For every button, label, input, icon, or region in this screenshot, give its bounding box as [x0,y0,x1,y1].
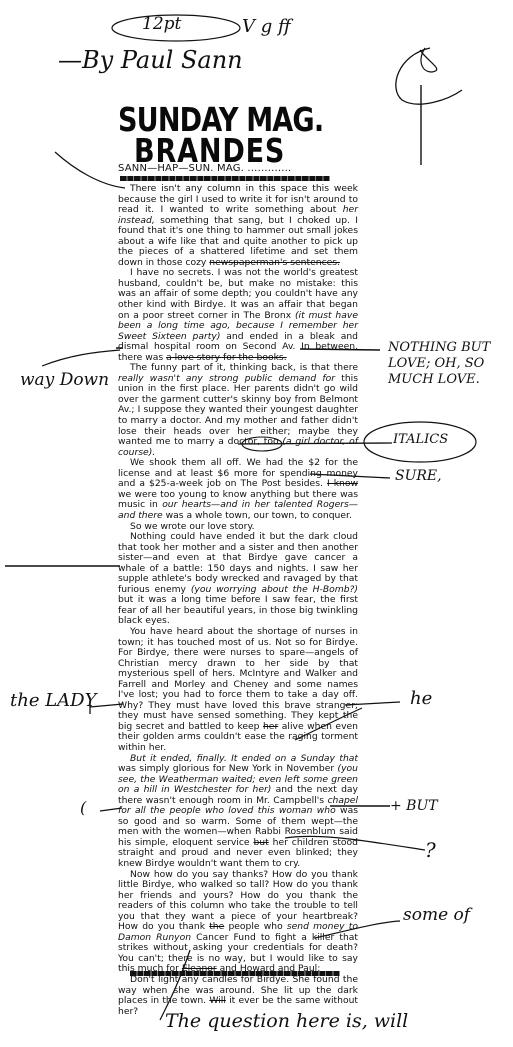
annotation-nothing-but-love: NOTHING BUT LOVE; OH, SO MUCH LOVE. [388,340,490,388]
body-text: was simply glorious for New York in Nove… [118,763,338,774]
article-paragraph: There isn't any column in this space thi… [118,184,358,268]
body-text: was a whole town, our town, to conquer. [163,510,352,521]
article-paragraph: Nothing could have ended it but the dark… [118,532,358,627]
annotation-12pt: 12pt [142,14,181,34]
annotation-but: + BUT [390,798,438,814]
body-text: We shook them all off. We had the $2 for… [118,457,358,489]
annotation-line: NOTHING BUT [388,340,490,356]
struck-text: the [209,921,224,932]
body-text: but it was a long time before I saw fear… [118,594,358,626]
top-rule [120,176,330,181]
struck-text: I know [327,478,358,489]
annotation-way-down: way Down [20,370,109,390]
struck-text: newspaperman's sentences. [209,257,340,268]
article-paragraph: But it ended, finally. It ended on a Sun… [118,754,358,870]
body-text: There isn't any column in this space thi… [118,183,358,215]
article-slug: SANN—HAP—SUN. MAG. ............. [118,163,291,174]
annotation-line: MUCH LOVE. [388,372,490,388]
article-paragraph: The funny part of it, thinking back, is … [118,363,358,458]
struck-text: but [253,837,268,848]
article-paragraph: We shook them all off. We had the $2 for… [118,458,358,521]
italic-text: But it ended, finally. It ended on a Sun… [130,753,358,764]
annotation-question-mark: ? [425,838,436,862]
article-paragraph: Don't light any candles for Birdye. She … [118,975,358,1017]
article-paragraph: You have heard about the shortage of nur… [118,627,358,754]
annotation-sure: SURE, [395,468,442,484]
annotation-italics: ITALICS [393,432,448,447]
annotation-byline: —By Paul Sann [58,46,243,74]
article-column: There isn't any column in this space thi… [118,184,358,1017]
struck-text: Will [209,995,226,1006]
body-text: The funny part of it, thinking back, is … [130,362,358,373]
struck-text: her [263,721,278,732]
body-text: So we wrote our love story. [130,521,255,532]
annotation-left-paren: ( [80,798,86,817]
annotation-line: LOVE; OH, SO [388,356,490,372]
annotation-he: he [410,688,432,709]
body-text: people who [224,921,287,932]
italic-text: (you worrying about the H-Bomb?) [191,584,358,595]
struck-text: a love story for the books. [166,352,287,363]
bottom-rule [130,971,340,976]
article-paragraph: Now how do you say thanks? How do you th… [118,870,358,975]
article-paragraph: I have no secrets. I was not the world's… [118,268,358,363]
italic-text: really wasn't any strong public demand f… [118,373,335,384]
annotation-top-mark: V g ff [242,16,291,37]
annotation-the-lady: the LADY [10,690,96,711]
annotation-some-of: some of [403,905,470,925]
body-text: You have heard about the shortage of nur… [118,626,358,732]
